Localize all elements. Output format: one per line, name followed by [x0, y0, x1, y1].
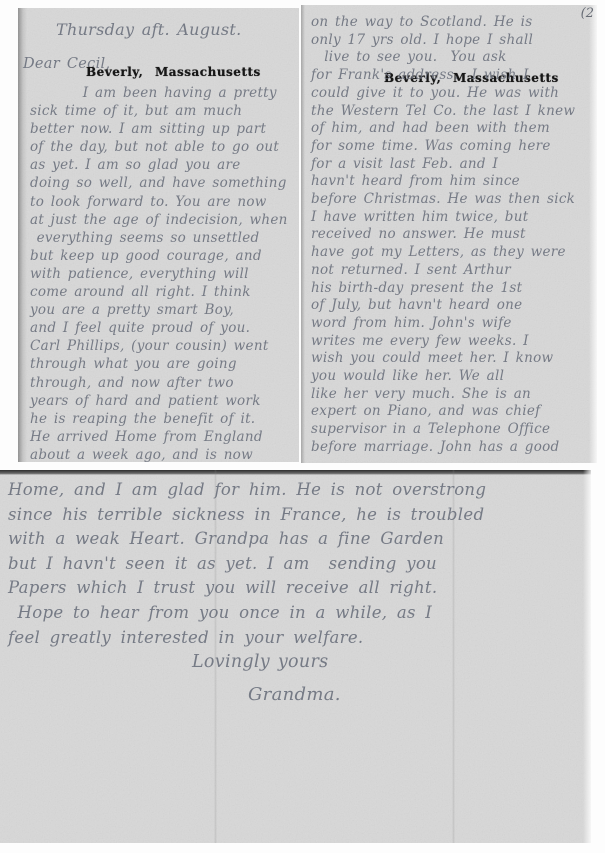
letter-line: received no answer. He must [311, 226, 595, 244]
letter-line: Home, and I am glad for him. He is not o… [8, 478, 586, 503]
letter-page-1: Thursday aft. August. Dear Cecil, Beverl… [18, 8, 299, 462]
letter-line: He arrived Home from England [30, 428, 292, 446]
letter-line: through what you are going [30, 355, 292, 373]
letter-line: you are a pretty smart Boy, [30, 301, 292, 319]
signature: Grandma. [248, 684, 341, 705]
closing-line: Lovingly yours [192, 652, 328, 672]
letter-line: sick time of it, but am much [30, 102, 292, 120]
letter-line: of July, but havn't heard one [311, 297, 595, 315]
date-line: Thursday aft. August. [56, 20, 242, 39]
page-edge-left [301, 5, 305, 463]
letter-body-page-1: I am been having a prettysick time of it… [30, 84, 292, 462]
letter-line: feel greatly interested in your welfare. [8, 626, 586, 651]
letter-line: have got my Letters, as they were [311, 244, 595, 262]
letter-line: live to see you. You ask [311, 49, 595, 67]
letter-line: he is reaping the benefit of it. [30, 410, 292, 428]
letter-line: better now. I am sitting up part [30, 120, 292, 138]
letter-body-page-2: on the way to Scotland. He isonly 17 yrs… [311, 14, 595, 457]
letter-line: as yet. I am so glad you are [30, 156, 292, 174]
letter-line: Hope to hear from you once in a while, a… [8, 601, 586, 626]
letter-line: with a weak Heart. Grandpa has a fine Ga… [8, 527, 586, 552]
letter-page-3: Home, and I am glad for him. He is not o… [0, 470, 591, 843]
letter-line: could give it to you. He was with [311, 85, 595, 103]
letter-line: come around all right. I think [30, 283, 292, 301]
letter-line: to look forward to. You are now [30, 193, 292, 211]
letter-line: through, and now after two [30, 374, 292, 392]
letter-line: doing so well, and have something [30, 174, 292, 192]
letter-line: with patience, everything will [30, 265, 292, 283]
letter-line: before marriage. John has a good [311, 439, 595, 457]
letter-line: only 17 yrs old. I hope I shall [311, 32, 595, 50]
letter-line: supervisor in a Telephone Office [311, 421, 595, 439]
letter-line: I have written him twice, but [311, 209, 595, 227]
letter-body-page-3: Home, and I am glad for him. He is not o… [8, 478, 586, 650]
letter-line: the Western Tel Co. the last I knew [311, 103, 595, 121]
letter-line: but keep up good courage, and [30, 247, 292, 265]
letter-line: Carl Phillips, (your cousin) went [30, 337, 292, 355]
letter-line: his birth-day present the 1st [311, 280, 595, 298]
letter-line: and I feel quite proud of you. [30, 319, 292, 337]
letter-line: at just the age of indecision, when [30, 211, 292, 229]
letter-line: not returned. I sent Arthur [311, 262, 595, 280]
letter-line: years of hard and patient work [30, 392, 292, 410]
letter-line: wish you could meet her. I know [311, 350, 595, 368]
letter-line: havn't heard from him since [311, 173, 595, 191]
letter-scan: Thursday aft. August. Dear Cecil, Beverl… [0, 0, 605, 853]
letter-line: of the day, but not able to go out [30, 138, 292, 156]
letter-line: writes me every few weeks. I [311, 333, 595, 351]
letter-line: but I havn't seen it as yet. I am sendin… [8, 552, 586, 577]
letter-line: for a visit last Feb. and I [311, 156, 595, 174]
page-edge-left [18, 8, 27, 462]
letter-line: Papers which I trust you will receive al… [8, 576, 586, 601]
letter-line: expert on Piano, and was chief [311, 403, 595, 421]
letter-line: word from him. John's wife [311, 315, 595, 333]
letter-page-2: (2 Beverly, Massachusetts on the way to … [301, 5, 597, 463]
letter-line: I am been having a pretty [30, 84, 292, 102]
letter-line: since his terrible sickness in France, h… [8, 503, 586, 528]
letter-line: for Frank's address. I wish I [311, 67, 595, 85]
letter-line: on the way to Scotland. He is [311, 14, 595, 32]
page-edge-top [0, 470, 591, 475]
letter-line: everything seems so unsettled [30, 229, 292, 247]
letter-line: you would like her. We all [311, 368, 595, 386]
letter-line: like her very much. She is an [311, 386, 595, 404]
letter-line: for some time. Was coming here [311, 138, 595, 156]
letter-line: of him, and had been with them [311, 120, 595, 138]
letter-line: before Christmas. He was then sick [311, 191, 595, 209]
beverly-stamp: Beverly, Massachusetts [86, 65, 261, 79]
letter-line: about a week ago, and is now [30, 446, 292, 462]
